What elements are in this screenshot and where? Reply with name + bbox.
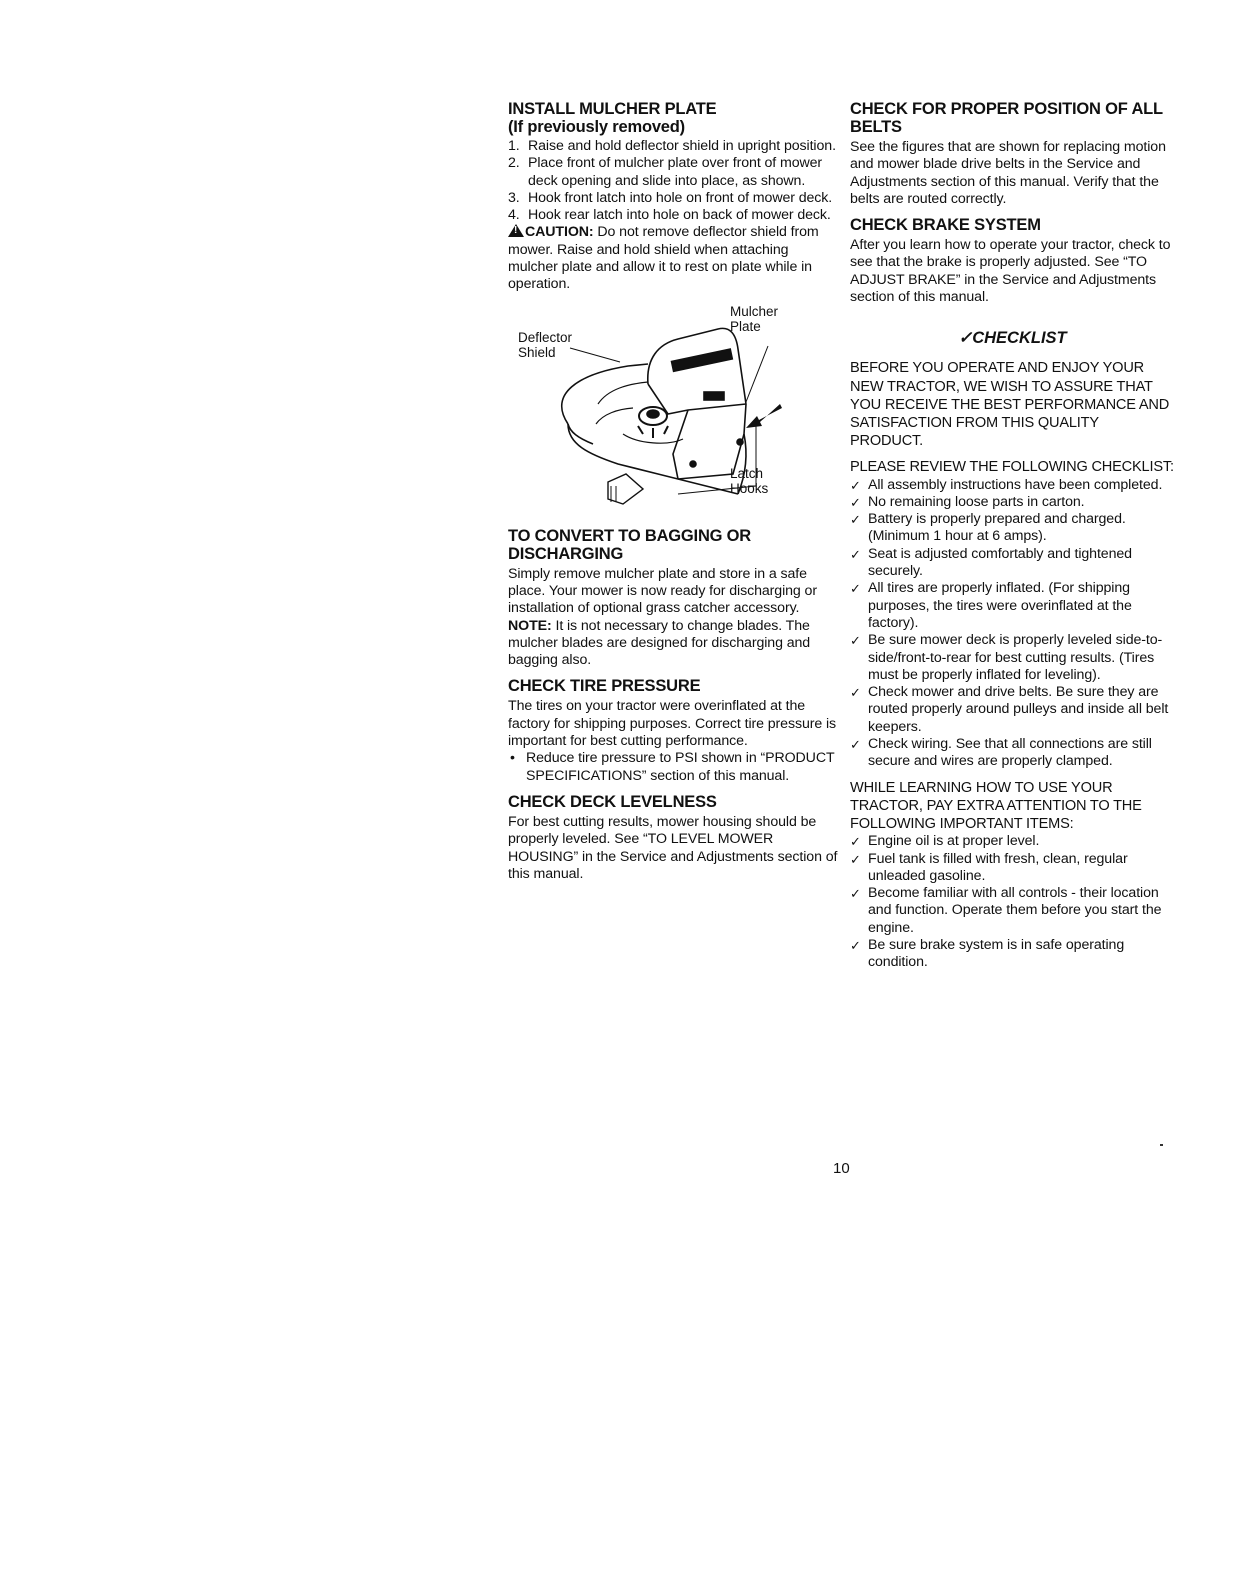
left-column: INSTALL MULCHER PLATE (If previously rem… — [508, 100, 838, 883]
mulcher-plate-label: Mulcher Plate — [730, 304, 778, 334]
right-column: CHECK FOR PROPER POSITION OF ALL BELTS S… — [850, 100, 1175, 972]
learning-intro: WHILE LEARNING HOW TO USE YOUR TRACTOR, … — [850, 779, 1175, 834]
checklist-item: ✓Check mower and drive belts. Be sure th… — [850, 684, 1175, 736]
page-number: 10 — [833, 1160, 850, 1177]
important-items: ✓Engine oil is at proper level. ✓Fuel ta… — [850, 833, 1175, 971]
step-item: 1.Raise and hold deflector shield in upr… — [508, 138, 838, 155]
checklist-item: ✓Battery is properly prepared and charge… — [850, 511, 1175, 546]
step-item: 2.Place front of mulcher plate over fron… — [508, 155, 838, 190]
important-item: ✓Engine oil is at proper level. — [850, 833, 1175, 850]
checklist-item: ✓All assembly instructions have been com… — [850, 477, 1175, 494]
stray-mark — [1160, 1144, 1163, 1146]
check-icon: ✓ — [850, 937, 861, 954]
check-icon: ✓ — [850, 885, 861, 902]
install-mulcher-title: INSTALL MULCHER PLATE — [508, 100, 838, 118]
brake-text: After you learn how to operate your trac… — [850, 237, 1175, 306]
convert-note: NOTE: It is not necessary to change blad… — [508, 618, 838, 670]
checklist-items: ✓All assembly instructions have been com… — [850, 477, 1175, 771]
tire-pressure-title: CHECK TIRE PRESSURE — [508, 677, 838, 695]
checklist-item: ✓All tires are properly inflated. (For s… — [850, 580, 1175, 632]
tire-pressure-text: The tires on your tractor were overinfla… — [508, 698, 838, 750]
check-icon: ✓ — [850, 494, 861, 511]
latch-hooks-label: Latch Hooks — [730, 466, 768, 496]
step-item: 4.Hook rear latch into hole on back of m… — [508, 207, 838, 224]
important-item: ✓Become familiar with all controls - the… — [850, 885, 1175, 937]
check-icon: ✓ — [850, 833, 861, 850]
convert-title: TO CONVERT TO BAGGING OR DISCHARGING — [508, 527, 838, 563]
checklist-item: ✓No remaining loose parts in carton. — [850, 494, 1175, 511]
brake-section: CHECK BRAKE SYSTEM After you learn how t… — [850, 216, 1175, 306]
checklist-item: ✓Seat is adjusted comfortably and tighte… — [850, 546, 1175, 581]
checklist-intro: BEFORE YOU OPERATE AND ENJOY YOUR NEW TR… — [850, 359, 1175, 450]
brake-title: CHECK BRAKE SYSTEM — [850, 216, 1175, 234]
deflector-shield-label: Deflector Shield — [518, 330, 572, 360]
important-item: ✓Fuel tank is filled with fresh, clean, … — [850, 851, 1175, 886]
deck-levelness-section: CHECK DECK LEVELNESS For best cutting re… — [508, 793, 838, 883]
important-item: ✓Be sure brake system is in safe operati… — [850, 937, 1175, 972]
install-mulcher-section: INSTALL MULCHER PLATE (If previously rem… — [508, 100, 838, 294]
checklist-item: ✓Be sure mower deck is properly leveled … — [850, 632, 1175, 684]
step-item: 3.Hook front latch into hole on front of… — [508, 190, 838, 207]
belts-title: CHECK FOR PROPER POSITION OF ALL BELTS — [850, 100, 1175, 136]
tire-pressure-section: CHECK TIRE PRESSURE The tires on your tr… — [508, 677, 838, 784]
check-icon: ✓ — [850, 632, 861, 649]
belts-section: CHECK FOR PROPER POSITION OF ALL BELTS S… — [850, 100, 1175, 208]
deck-levelness-title: CHECK DECK LEVELNESS — [508, 793, 838, 811]
checklist-review: PLEASE REVIEW THE FOLLOWING CHECKLIST: — [850, 458, 1175, 476]
belts-text: See the figures that are shown for repla… — [850, 139, 1175, 208]
check-icon: ✓ — [850, 546, 861, 563]
check-icon: ✓ — [850, 580, 861, 597]
convert-section: TO CONVERT TO BAGGING OR DISCHARGING Sim… — [508, 527, 838, 670]
check-icon: ✓ — [850, 736, 861, 753]
convert-text: Simply remove mulcher plate and store in… — [508, 566, 838, 618]
check-icon: ✓ — [850, 511, 861, 528]
check-icon: ✓ — [850, 684, 861, 701]
install-mulcher-subtitle: (If previously removed) — [508, 118, 838, 136]
bullet-item: •Reduce tire pressure to PSI shown in “P… — [508, 750, 838, 785]
checklist-title: ✓CHECKLIST — [850, 328, 1175, 348]
tire-bullets: •Reduce tire pressure to PSI shown in “P… — [508, 750, 838, 785]
caution-note: CAUTION: Do not remove deflector shield … — [508, 224, 838, 293]
deck-levelness-text: For best cutting results, mower housing … — [508, 814, 838, 883]
check-icon: ✓ — [850, 851, 861, 868]
mulcher-plate-figure: Deflector Shield Mulcher Plate Latch Hoo… — [508, 304, 838, 519]
check-icon: ✓ — [850, 477, 861, 494]
install-steps: 1.Raise and hold deflector shield in upr… — [508, 138, 838, 224]
checklist-item: ✓Check wiring. See that all connections … — [850, 736, 1175, 771]
bullet-icon: • — [510, 750, 515, 767]
warning-triangle-icon — [508, 224, 524, 237]
